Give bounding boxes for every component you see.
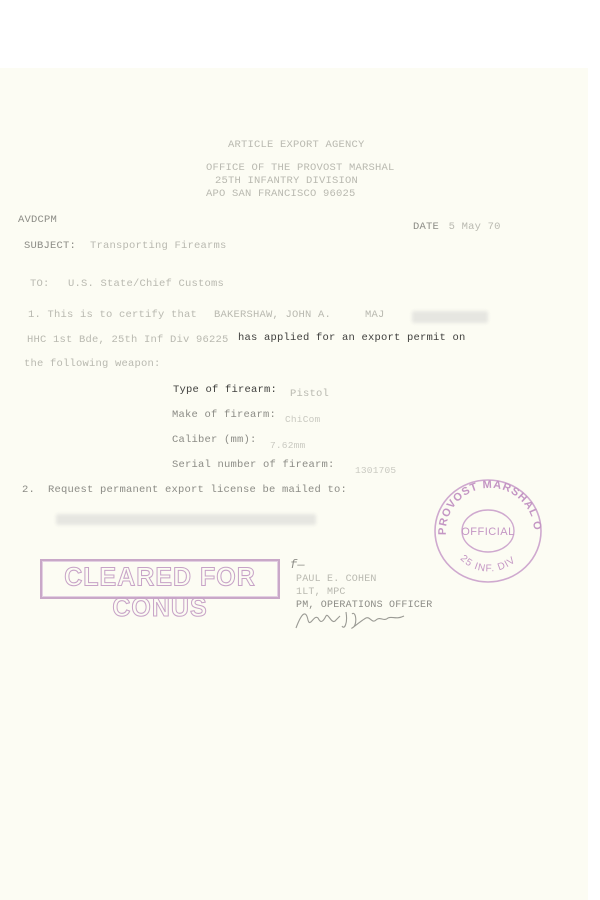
make-value: ChiCom (285, 414, 320, 425)
para1-end: the following weapon: (24, 358, 161, 370)
signer-name: PAUL E. COHEN (296, 574, 377, 585)
para1-prefix: 1. This is to certify that (28, 309, 197, 321)
applicant-rank: MAJ (365, 309, 385, 321)
provost-marshal-seal: PROVOST MARSHAL OFFICE 25 INF. DIV. OFFI… (430, 475, 546, 587)
to-value: U.S. State/Chief Customs (68, 278, 224, 290)
handwritten-signature (292, 606, 412, 639)
cleared-stamp: CLEARED FOR CONUS (40, 559, 280, 599)
make-label: Make of firearm: (172, 409, 276, 421)
date-value: 5 May 70 (449, 221, 501, 233)
seal-center-text: OFFICIAL (461, 526, 515, 538)
header-line-4: APO SAN FRANCISCO 96025 (206, 188, 356, 200)
para1-middle: has applied for an export permit on (238, 332, 466, 344)
caliber-value: 7.62mm (270, 440, 305, 451)
cleared-stamp-text: CLEARED FOR CONUS (42, 563, 278, 624)
para2-text: 2. Request permanent export license be m… (22, 484, 347, 496)
serial-label: Serial number of firearm: (172, 459, 335, 471)
office-symbol: AVDCPM (18, 214, 57, 226)
date-label: DATE (413, 221, 439, 233)
caliber-label: Caliber (mm): (172, 434, 257, 446)
type-label: Type of firearm: (173, 384, 277, 396)
signer-rank: 1LT, MPC (296, 587, 346, 598)
redacted-serial (412, 311, 488, 323)
subject-value: Transporting Firearms (90, 240, 227, 252)
serial-value: 1301705 (355, 465, 396, 476)
initial-mark: f— (290, 558, 305, 572)
applicant-unit: HHC 1st Bde, 25th Inf Div 96225 (27, 334, 229, 346)
date-field: DATE 5 May 70 (413, 216, 501, 234)
header-line-2: OFFICE OF THE PROVOST MARSHAL (206, 162, 395, 174)
type-value: Pistol (290, 388, 329, 400)
to-label: TO: (30, 278, 50, 290)
applicant-name: BAKERSHAW, JOHN A. (214, 309, 331, 321)
header-line-1: ARTICLE EXPORT AGENCY (228, 139, 365, 151)
redacted-address (56, 514, 316, 525)
header-line-3: 25TH INFANTRY DIVISION (215, 175, 358, 187)
subject-label: SUBJECT: (24, 240, 76, 252)
